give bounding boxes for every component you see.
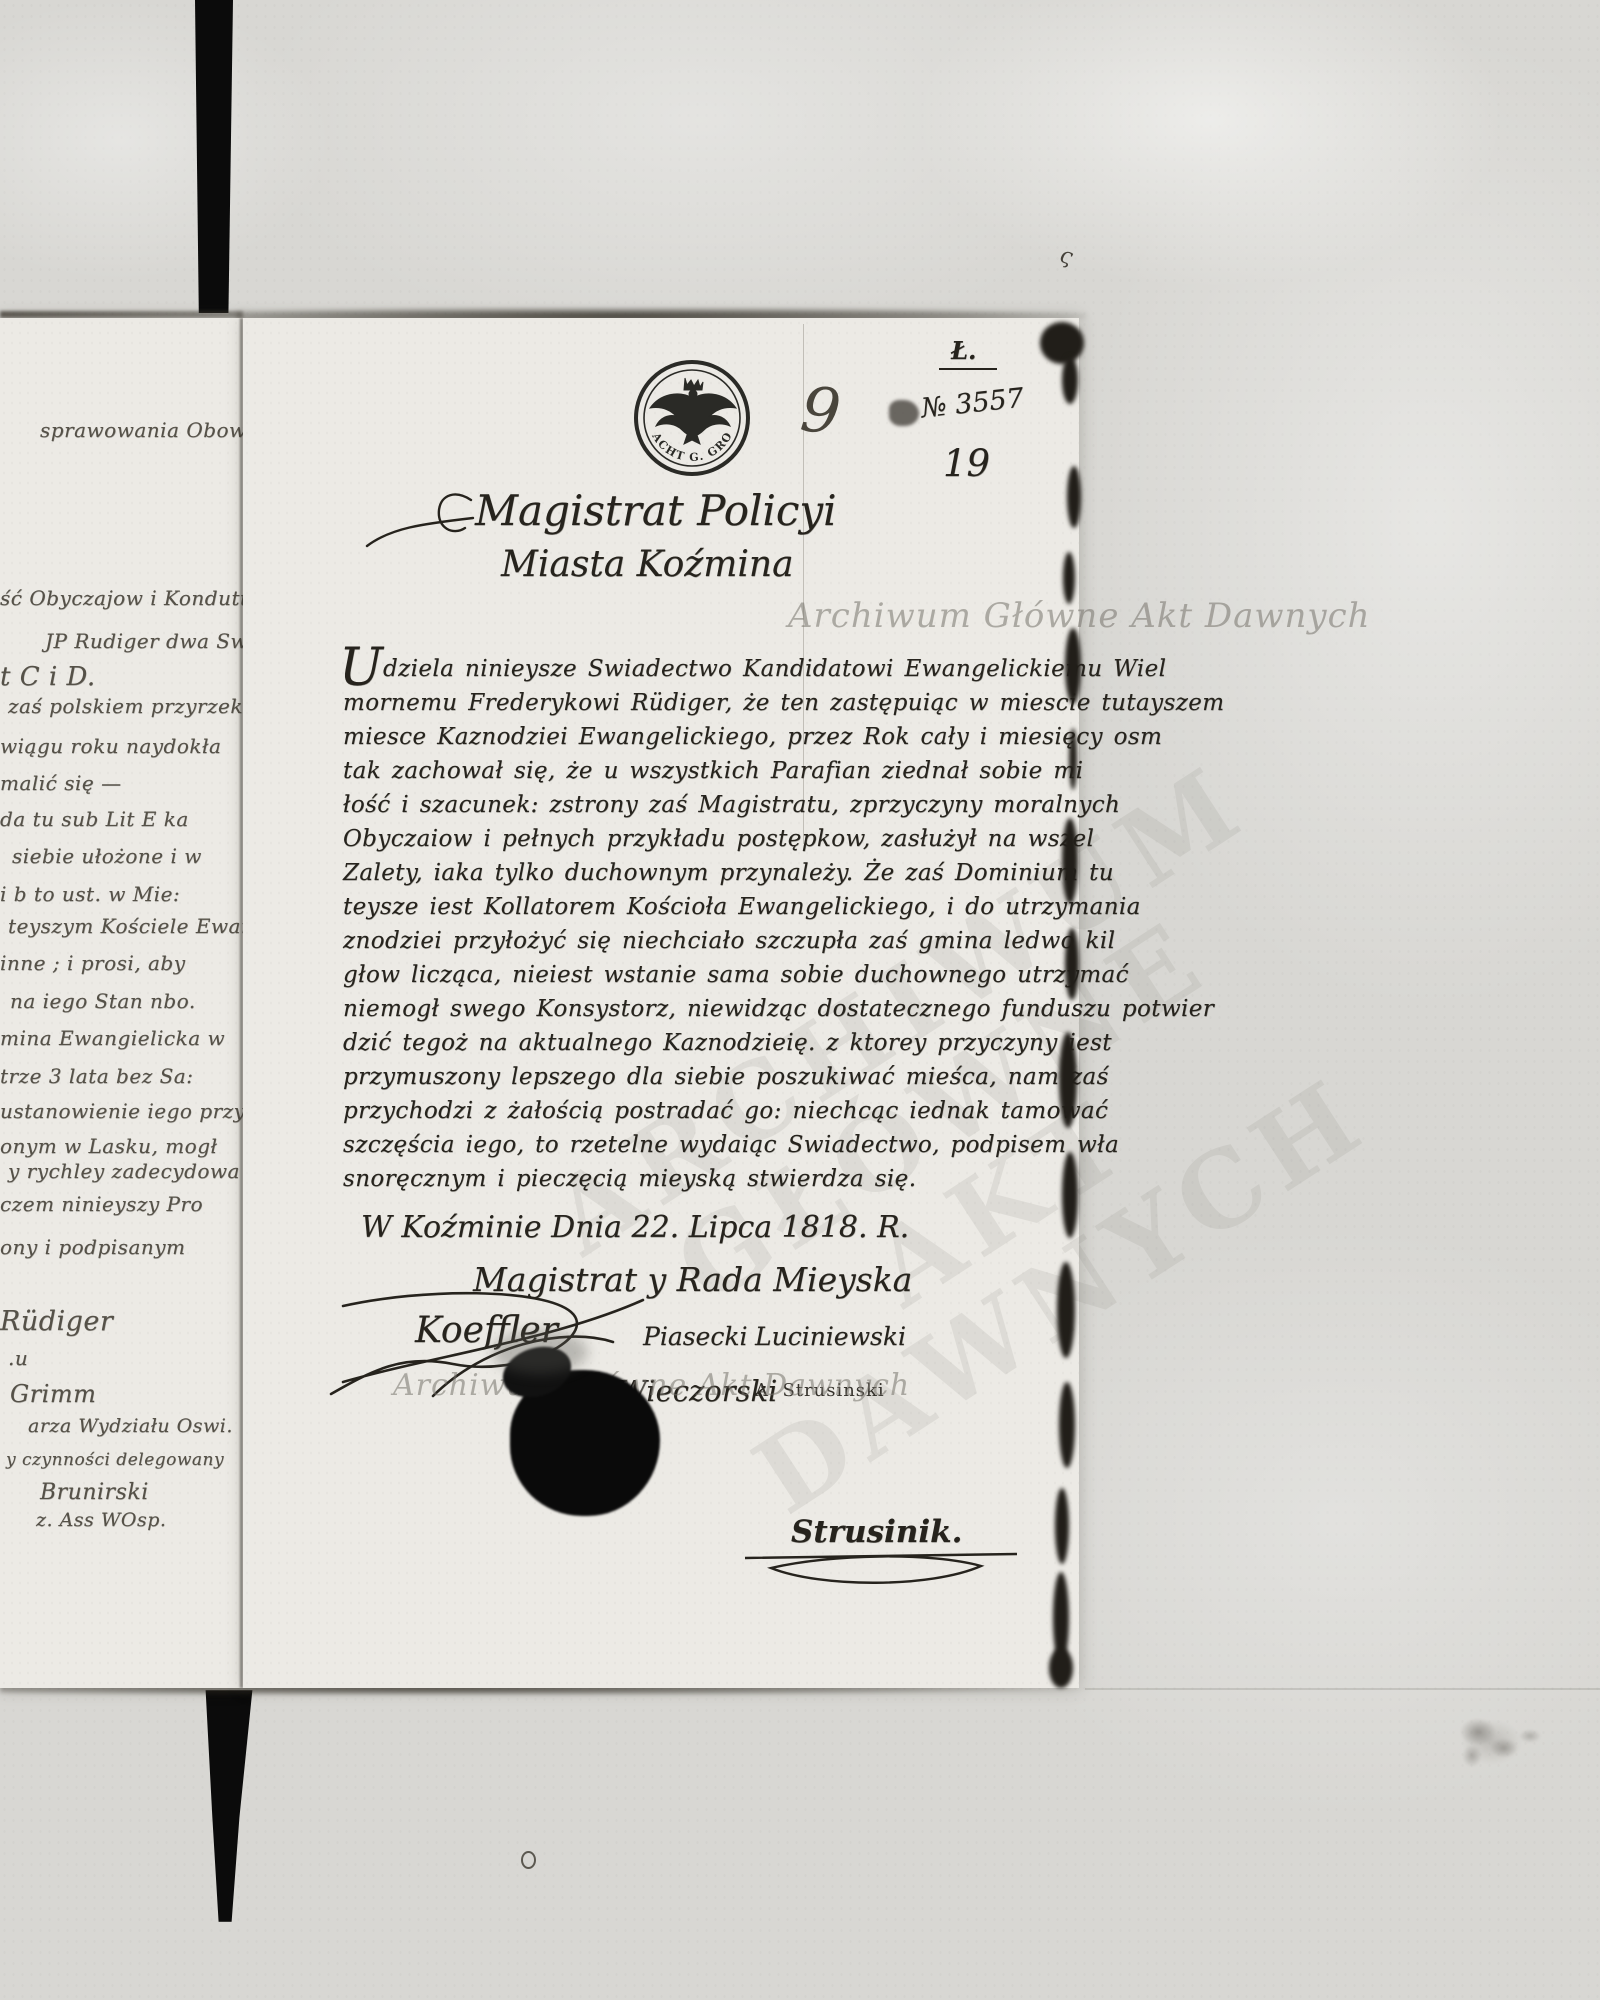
fragment-line: zaś polskiem przyrzekł: [8, 694, 243, 718]
body-line: Obyczaiow i pełnych przykładu postępkow,…: [343, 826, 1094, 852]
body-line: dziela ninieysze Swiadectwo Kandidatowi …: [383, 656, 1166, 682]
film-debris-smudge: [1442, 1698, 1562, 1790]
fragment-line: arza Wydziału Oswi.: [28, 1415, 233, 1437]
page-top-seam-left: [0, 311, 243, 318]
fragment-line: wiągu roku naydokła: [0, 734, 221, 758]
film-frame-line: [1085, 1688, 1600, 1690]
fragment-line: y czynności delegowany: [6, 1450, 224, 1470]
letter-mark: Ł.: [951, 336, 976, 365]
fragment-line: ść Obyczajow i Kondutty: [0, 586, 243, 610]
fragment-line: czem ninieyszy Pro: [0, 1192, 203, 1216]
body-line: teysze iest Kollatorem Kościoła Ewangeli…: [343, 894, 1141, 920]
fragment-line: ony i podpisanym: [0, 1235, 186, 1259]
ink-blot-seal: [510, 1370, 660, 1516]
fragment-line: z. Ass WOsp.: [36, 1509, 166, 1531]
ink-smudge: [889, 400, 919, 426]
body-line: łość i szacunek: zstrony zaś Magistratu,…: [343, 792, 1120, 818]
body-line: miesce Kaznodziei Ewangelickiego, przez …: [343, 724, 1162, 750]
archive-watermark-top: Archiwum Główne Akt Dawnych: [788, 596, 1371, 636]
fragment-line: JP Rudiger dwa Swi: [45, 629, 243, 653]
ring-mark: [521, 1851, 536, 1869]
fragment-line: teyszym Kościele Ewan: [8, 914, 243, 938]
body-line: przymuszony lepszego dla siebie poszukiw…: [343, 1064, 1109, 1090]
film-splice-wedge: [203, 1690, 255, 1922]
document-subtitle: Miasta Koźmina: [501, 544, 794, 585]
film-splice-bar: [195, 0, 233, 313]
fragment-line: da tu sub Lit E ka: [0, 807, 189, 831]
fragment-line: sprawowania Obowiązkó: [40, 418, 243, 442]
case-number: № 3557: [920, 383, 1026, 425]
councilor-signature-2: Luciniewski: [755, 1322, 906, 1351]
fragment-line: Grimm: [10, 1380, 96, 1408]
councilor-signature-1: Piasecki: [643, 1322, 748, 1351]
corner-squiggle: ς: [1057, 243, 1075, 270]
body-line: znodziei przyłożyć się niechciało szczup…: [343, 928, 1115, 954]
pencil-number: 9: [797, 372, 844, 449]
body-line: mornemu Frederykowi Rüdiger, że ten zast…: [343, 690, 1224, 716]
fee-stamp: ACHT G. GROSCHEN: [630, 356, 754, 480]
body-line: tak zachował się, że u wszystkich Parafi…: [343, 758, 1083, 784]
body-line: przychodzi z żałością postradać go: niec…: [343, 1098, 1108, 1124]
fragment-line: siebie ułożone i w: [12, 844, 202, 868]
letter-mark-underline: [939, 368, 997, 370]
microfilm-scan: sprawowania Obowiązkó ść Obyczajow i Kon…: [0, 0, 1600, 2000]
fragment-line: malić się —: [0, 771, 122, 795]
fragment-line: y rychley zadecydowa: [8, 1159, 240, 1183]
fragment-line: ustanowienie iego przy: [0, 1099, 243, 1123]
fragment-line: inne ; i prosi, aby: [0, 951, 186, 975]
archive-watermark-bottom: Archiwum Główne Akt Dawnych: [393, 1368, 910, 1403]
fragment-line: Rüdiger: [0, 1306, 113, 1337]
document-title: Magistrat Policyi: [475, 486, 837, 535]
fragment-line: mina Ewangielicka w: [0, 1026, 225, 1050]
body-line: szczęścia iego, to rzetelne wydaiąc Swia…: [343, 1132, 1119, 1158]
fragment-line: i b to ust. w Mie:: [0, 882, 180, 906]
body-line: snoręcznym i pieczęcią mieyską stwierdza…: [343, 1166, 916, 1192]
body-line: dzić tegoż na aktualnego Kaznodzieię. z …: [343, 1030, 1112, 1056]
fragment-line: Brunirski: [40, 1480, 149, 1505]
body-line: niemogł swego Konsystorz, niewidząc dost…: [343, 996, 1214, 1022]
date-line: W Koźminie Dnia 22. Lipca 1818. R.: [361, 1210, 909, 1245]
body-line: Zalety, iaka tylko duchownym przynależy.…: [343, 860, 1114, 886]
fragment-line: t C i D.: [0, 662, 96, 692]
page-number: 19: [943, 442, 990, 485]
verso-signature-flourish: [741, 1550, 1021, 1600]
body-initial: U: [339, 638, 383, 698]
previous-document-fragment: sprawowania Obowiązkó ść Obyczajow i Kon…: [0, 318, 243, 1688]
certificate-page: ARCHIWUM GŁÓWNE AKT DAWNYCH ACHT G. GROS…: [243, 318, 1079, 1688]
fragment-line: na iego Stan nbo.: [10, 989, 196, 1013]
heading-flourish: [361, 488, 481, 568]
body-line: głow licząca, nieiest wstanie sama sobie…: [343, 962, 1129, 988]
fragment-line: trze 3 lata bez Sa:: [0, 1064, 193, 1088]
fragment-line: .u: [8, 1346, 28, 1370]
fragment-line: onym w Lasku, mogł: [0, 1134, 218, 1158]
verso-signature: Strusinik.: [791, 1514, 962, 1550]
